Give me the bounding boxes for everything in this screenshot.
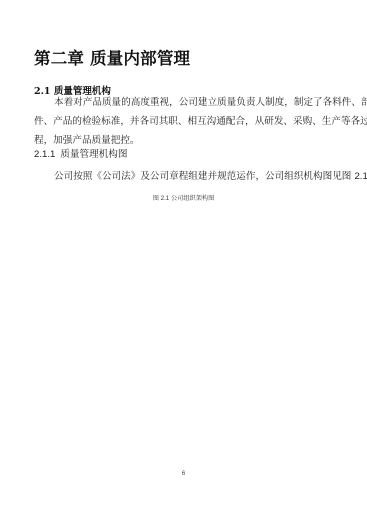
subsection-paragraph: 公司按照《公司法》及公司章程组建并规范运作，公司组织机构图见图 2.1。: [54, 168, 367, 182]
document-page: 第二章 质量内部管理 2.1 质量管理机构 本着对产品质量的高度重视，公司建立质…: [0, 0, 367, 519]
subsection-heading: 2.1.1质量管理机构图: [34, 146, 128, 160]
subsection-number: 2.1.1: [34, 149, 55, 160]
paragraph-line: 本着对产品质量的高度重视，公司建立质量负责人制度，制定了各料件、部: [34, 93, 334, 112]
section-paragraph: 本着对产品质量的高度重视，公司建立质量负责人制度，制定了各料件、部 件、产品的检…: [34, 93, 334, 150]
paragraph-line: 件、产品的检验标准，并各司其职、相互沟通配合，从研发、采购、生产等各过: [34, 112, 334, 131]
page-number: 6: [0, 471, 367, 477]
paragraph-text: 公司按照《公司法》及公司章程组建并规范运作，公司组织机构图见图: [54, 171, 354, 182]
figure-reference: 2.1: [354, 171, 367, 182]
chapter-title: 第二章 质量内部管理: [34, 45, 190, 69]
subsection-title: 质量管理机构图: [60, 149, 127, 160]
figure-caption: 图 2.1 公司组织架构图: [0, 193, 367, 202]
